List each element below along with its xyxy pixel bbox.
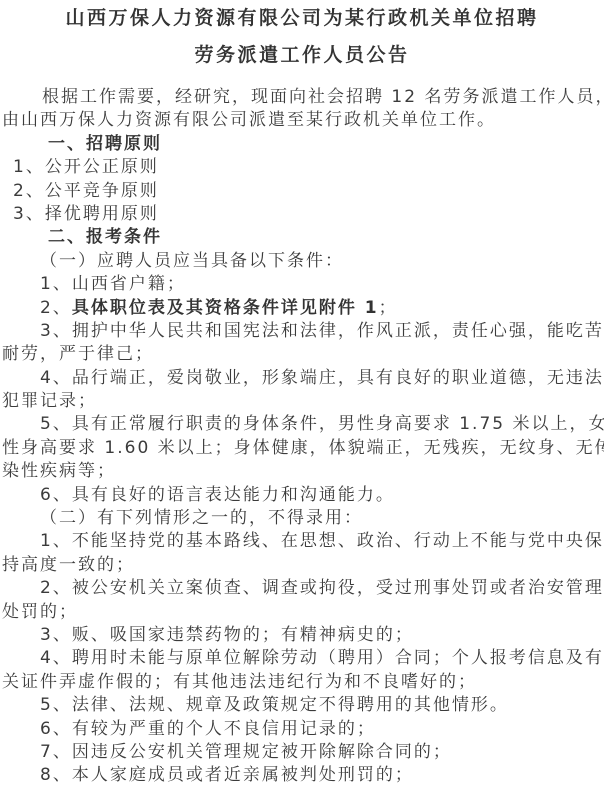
principle-item: 3、择优聘用原则 xyxy=(0,203,604,226)
exclusion-line: 7、因违反公安机关管理规定被开除解除合同的； xyxy=(0,741,604,764)
condition-line: 4、品行端正，爱岗敬业，形象端庄，具有良好的职业道德，无违法 xyxy=(0,367,604,390)
announcement-document: 山西万保人力资源有限公司为某行政机关单位招聘 劳务派遣工作人员公告 根据工作需要… xyxy=(0,0,604,803)
exclusion-line: 4、聘用时未能与原单位解除劳动（聘用）合同；个人报考信息及有 xyxy=(0,647,604,670)
part1-heading: （一）应聘人员应当具备以下条件： xyxy=(0,250,604,273)
condition-line: 染性疾病等； xyxy=(0,460,604,483)
attachment-line-prefix: 2、 xyxy=(40,298,72,318)
exclusion-line: 5、法律、法规、规章及政策规定不得聘用的其他情形。 xyxy=(0,694,604,717)
exclusion-line: 持高度一致的； xyxy=(0,554,604,577)
exclusion-line: 处罚的； xyxy=(0,601,604,624)
doc-title-line1: 山西万保人力资源有限公司为某行政机关单位招聘 xyxy=(0,0,604,31)
exclusion-line: 关证件弄虚作假的；有其他违法违纪行为和不良嗜好的； xyxy=(0,671,604,694)
intro-line: 根据工作需要，经研究，现面向社会招聘 12 名劳务派遣工作人员， xyxy=(0,86,604,109)
section1-heading: 一、招聘原则 xyxy=(0,133,604,156)
attachment-line-bold: 具体职位表及其资格条件详见附件 1 xyxy=(72,298,379,318)
section2-heading: 二、报考条件 xyxy=(0,226,604,249)
condition-line: 6、具有良好的语言表达能力和沟通能力。 xyxy=(0,484,604,507)
condition-line: 耐劳，严于律己； xyxy=(0,343,604,366)
intro-line: 由山西万保人力资源有限公司派遣至某行政机关单位工作。 xyxy=(0,109,604,132)
doc-body: 根据工作需要，经研究，现面向社会招聘 12 名劳务派遣工作人员， 由山西万保人力… xyxy=(0,86,604,788)
condition-line: 5、具有正常履行职责的身体条件，男性身高要求 1.75 米以上，女 xyxy=(0,413,604,436)
exclusion-line: 2、被公安机关立案侦查、调查或拘役，受过刑事处罚或者治安管理 xyxy=(0,577,604,600)
condition-line: 3、拥护中华人民共和国宪法和法律，作风正派，责任心强，能吃苦 xyxy=(0,320,604,343)
exclusion-line: 1、不能坚持党的基本路线、在思想、政治、行动上不能与党中央保 xyxy=(0,530,604,553)
condition-line: 1、山西省户籍； xyxy=(0,273,604,296)
attachment-line-suffix: ； xyxy=(379,298,398,318)
principle-item: 1、公开公正原则 xyxy=(0,156,604,179)
exclusion-line: 3、贩、吸国家违禁药物的；有精神病史的； xyxy=(0,624,604,647)
exclusion-line: 8、本人家庭成员或者近亲属被判处刑罚的； xyxy=(0,764,604,787)
condition-line: 犯罪记录； xyxy=(0,390,604,413)
part2-heading: （二）有下列情形之一的，不得录用： xyxy=(0,507,604,530)
principle-item: 2、公平竞争原则 xyxy=(0,180,604,203)
condition-line-attachment: 2、具体职位表及其资格条件详见附件 1； xyxy=(0,297,604,320)
doc-title-line2: 劳务派遣工作人员公告 xyxy=(0,42,604,68)
exclusion-line: 6、有较为严重的个人不良信用记录的； xyxy=(0,718,604,741)
condition-line: 性身高要求 1.60 米以上；身体健康，体貌端正，无残疾，无纹身、无传 xyxy=(0,437,604,460)
